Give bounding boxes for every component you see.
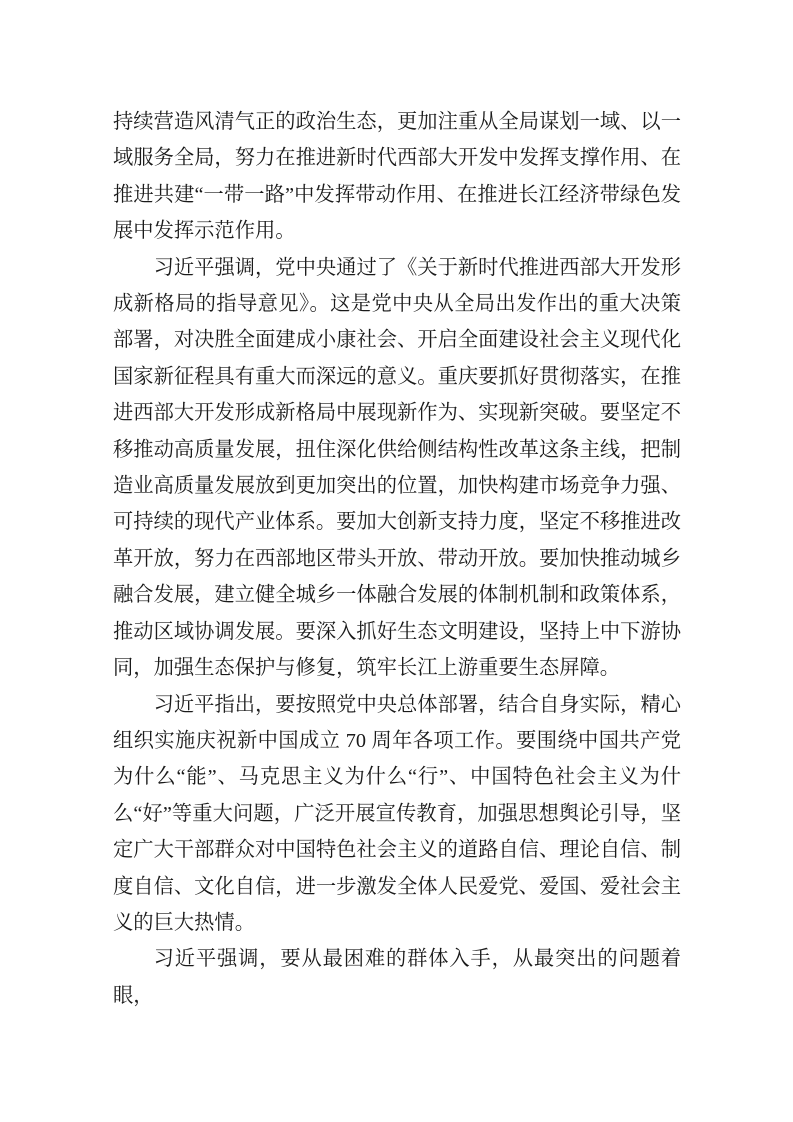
paragraph-continuation: 持续营造风清气正的政治生态，更加注重从全局谋划一域、以一域服务全局，努力在推进新…: [113, 104, 681, 250]
paragraph-xi-emphasized-difficult-groups: 习近平强调，要从最困难的群体入手，从最突出的问题着眼，: [113, 941, 681, 1014]
document-page: 持续营造风清气正的政治生态，更加注重从全局谋划一域、以一域服务全局，努力在推进新…: [0, 0, 793, 1122]
paragraph-xi-emphasized-western-development: 习近平强调，党中央通过了《关于新时代推进西部大开发形成新格局的指导意见》。这是党…: [113, 250, 681, 687]
paragraph-xi-pointed-out-70th-anniversary: 习近平指出，要按照党中央总体部署，结合自身实际，精心组织实施庆祝新中国成立 70…: [113, 687, 681, 942]
document-body: 持续营造风清气正的政治生态，更加注重从全局谋划一域、以一域服务全局，努力在推进新…: [113, 104, 681, 1014]
